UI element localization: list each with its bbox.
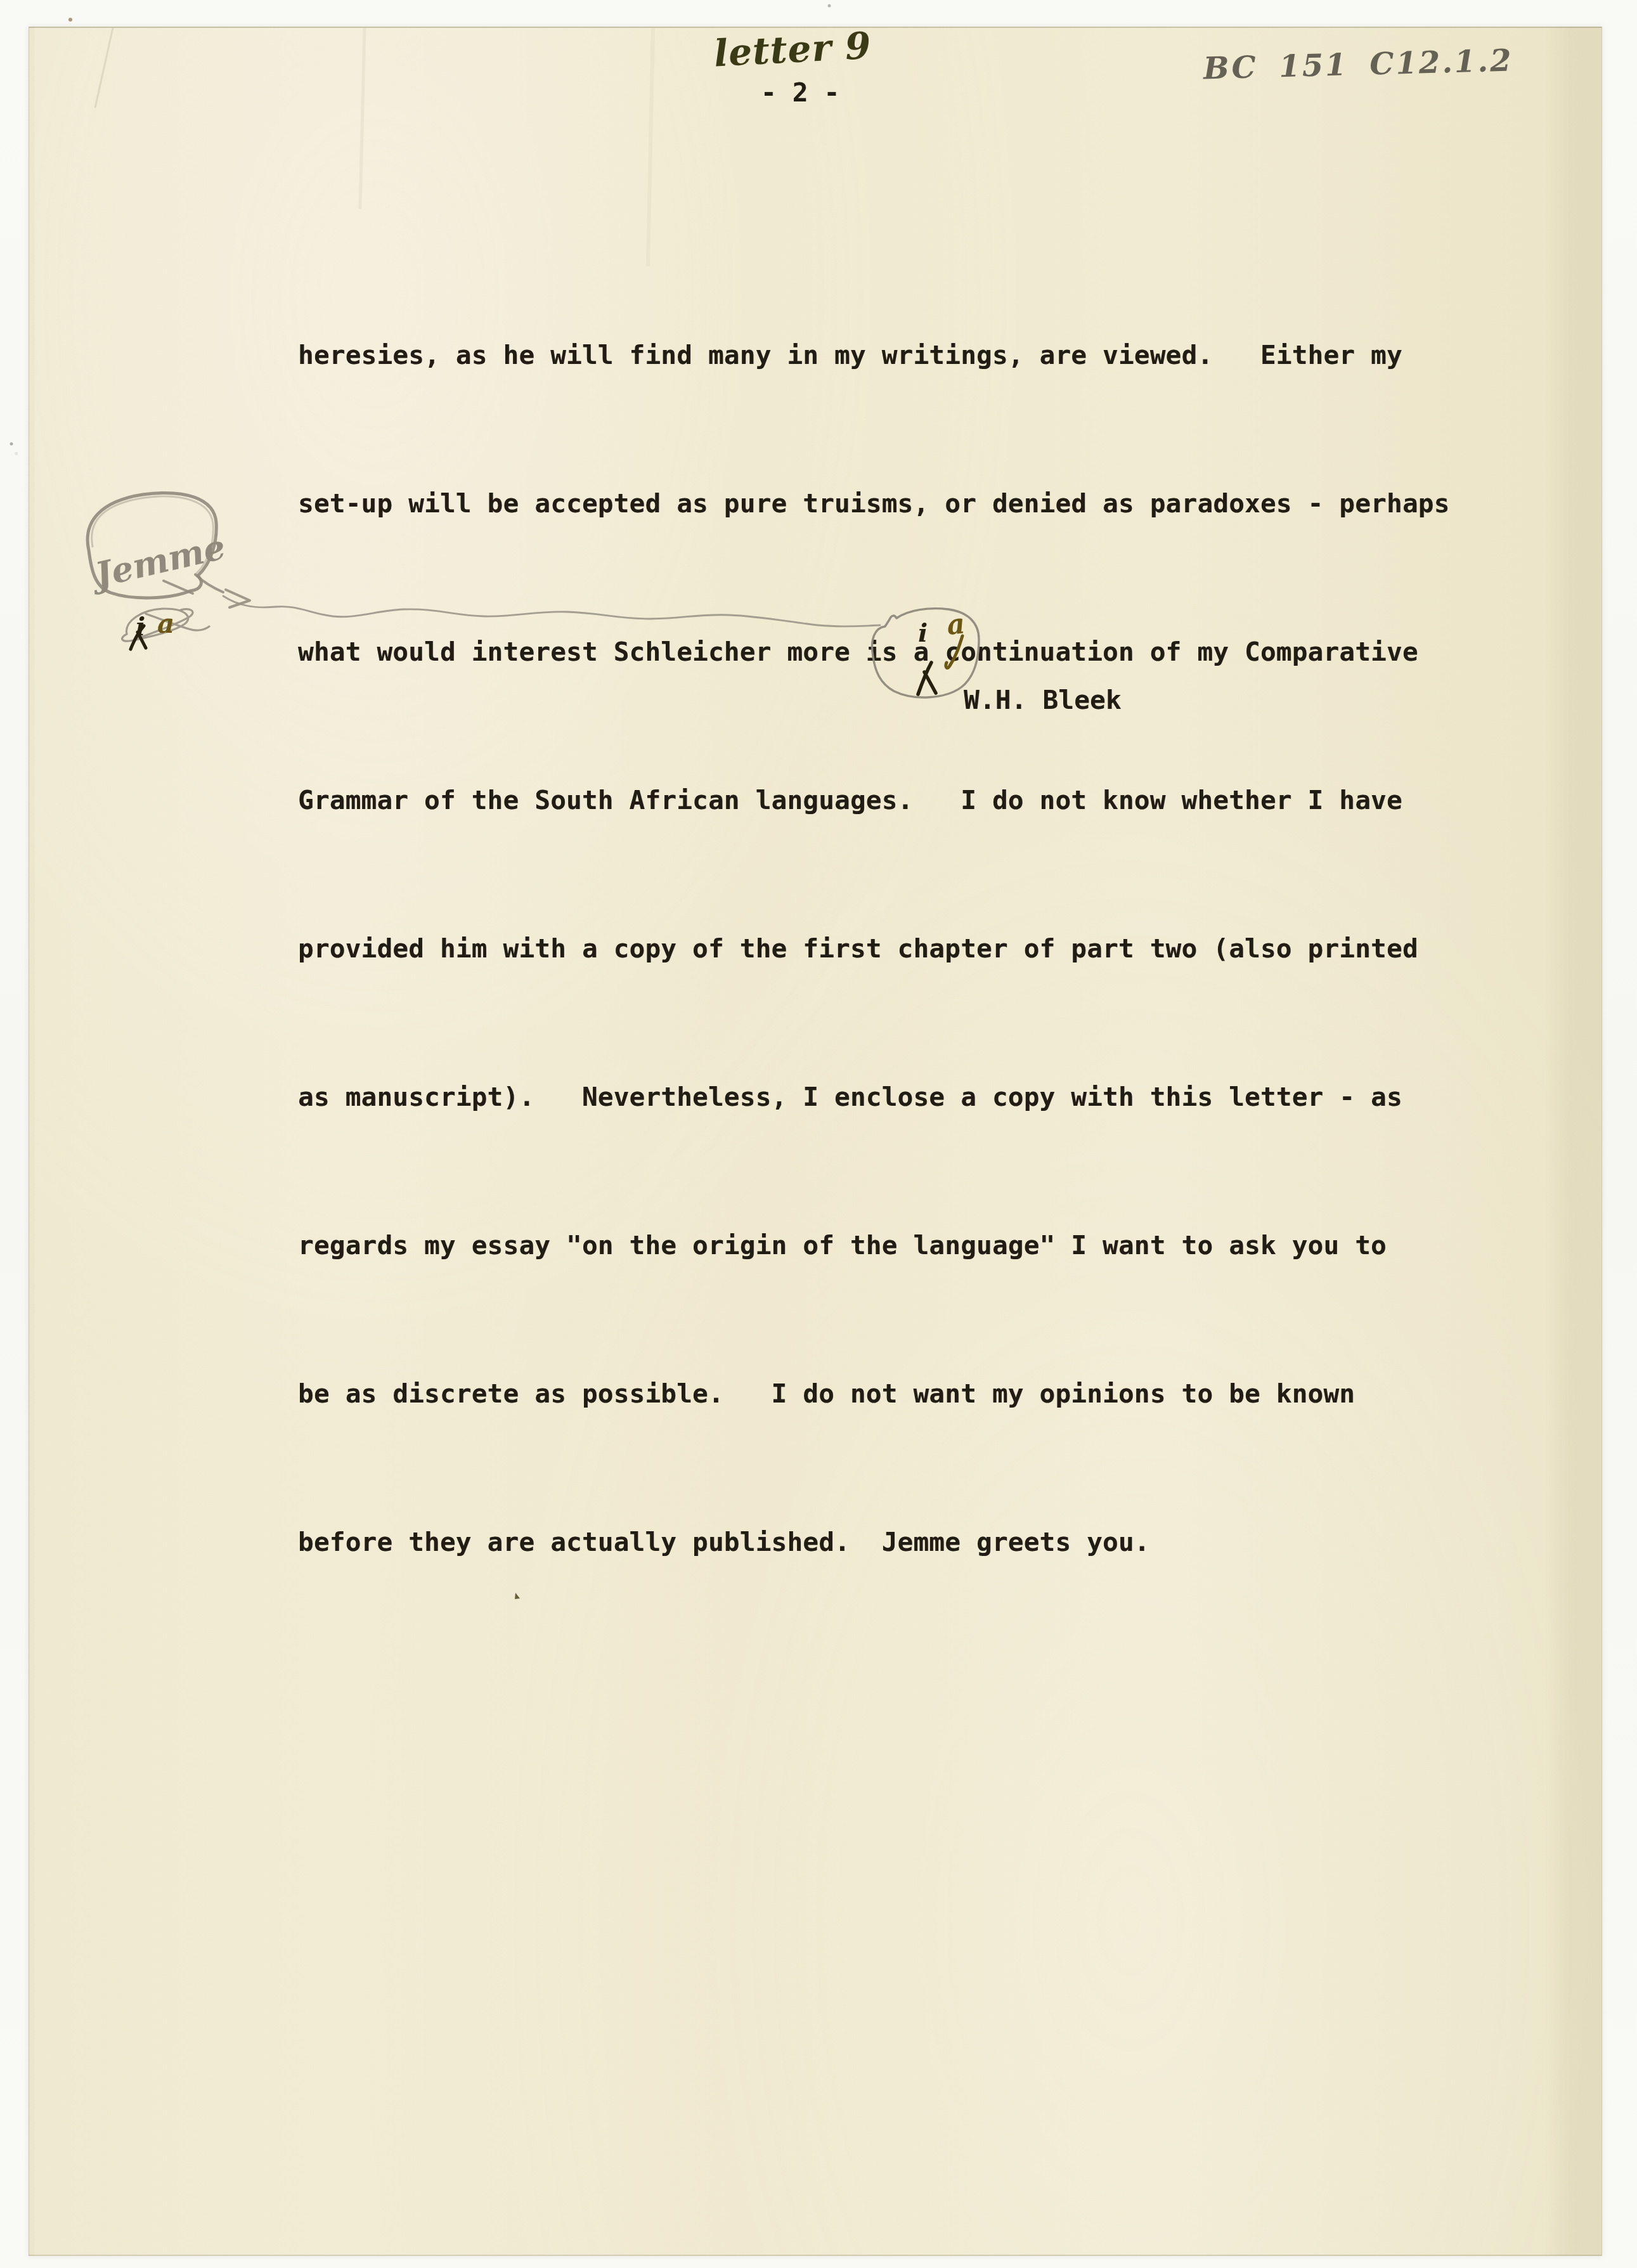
- typed-line: what would interest Schleicher more is a…: [298, 627, 1450, 677]
- typed-line: heresies, as he will find many in my wri…: [298, 330, 1450, 380]
- typed-line: before they are actually published. Jemm…: [298, 1517, 1450, 1567]
- letter-body: heresies, as he will find many in my wri…: [298, 231, 1450, 1666]
- typed-line: as manuscript). Nevertheless, I enclose …: [298, 1072, 1450, 1122]
- typed-line: be as discrete as possible. I do not wan…: [298, 1369, 1450, 1418]
- typed-line: Grammar of the South African languages. …: [298, 775, 1450, 825]
- typed-line: regards my essay "on the origin of the l…: [298, 1221, 1450, 1270]
- page-number: - 2 -: [761, 77, 839, 108]
- handwritten-letter-number: letter 9: [713, 24, 872, 75]
- typed-line: provided him with a copy of the first ch…: [298, 924, 1450, 973]
- scan-background: letter 9 - 2 - BC 151 C12.1.2 heresies, …: [0, 0, 1637, 2268]
- typed-line: set-up will be accepted as pure truisms,…: [298, 479, 1450, 528]
- signature: W.H. Bleek: [964, 685, 1122, 715]
